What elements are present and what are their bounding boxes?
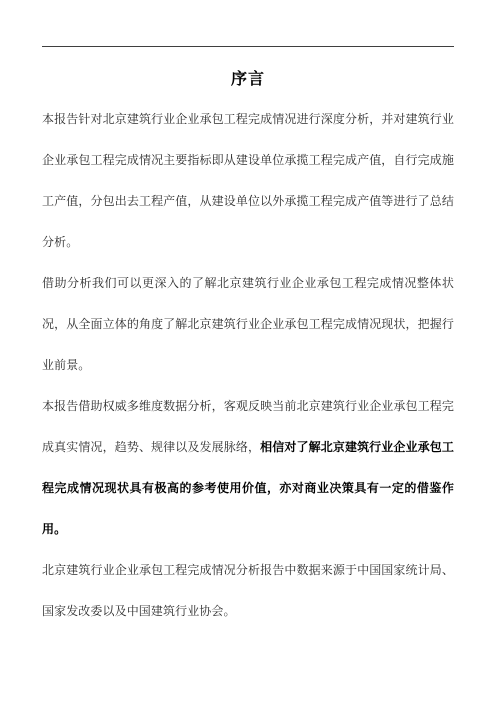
preface-paragraph-3: 本报告借助权威多维度数据分析，客观反映当前北京建筑行业企业承包工程完成真实情况，… [42, 386, 454, 550]
paragraph-text: 北京建筑行业企业承包工程完成情况分析报告中数据来源于中国国家统计局、国家发改委以… [42, 563, 454, 618]
page-content: 序言 本报告针对北京建筑行业企业承包工程完成情况进行深度分析，并对建筑行业企业承… [0, 46, 496, 632]
paragraph-text: 本报告针对北京建筑行业企业承包工程完成情况进行深度分析，并对建筑行业企业承包工程… [42, 112, 454, 249]
preface-paragraph-2: 借助分析我们可以更深入的了解北京建筑行业企业承包工程完成情况整体状况，从全面立体… [42, 263, 454, 386]
preface-paragraph-4: 北京建筑行业企业承包工程完成情况分析报告中数据来源于中国国家统计局、国家发改委以… [42, 550, 454, 632]
page-title: 序言 [42, 70, 454, 90]
header-rule [42, 46, 454, 47]
paragraph-text: 借助分析我们可以更深入的了解北京建筑行业企业承包工程完成情况整体状况，从全面立体… [42, 276, 454, 372]
preface-body: 本报告针对北京建筑行业企业承包工程完成情况进行深度分析，并对建筑行业企业承包工程… [42, 99, 454, 632]
paragraph-bold-text: 相信对了解北京建筑行业企业承包工程完成情况现状具有极高的参考使用价值，亦对商业决… [42, 440, 454, 536]
document-page: 序言 本报告针对北京建筑行业企业承包工程完成情况进行深度分析，并对建筑行业企业承… [0, 0, 496, 701]
preface-paragraph-1: 本报告针对北京建筑行业企业承包工程完成情况进行深度分析，并对建筑行业企业承包工程… [42, 99, 454, 263]
